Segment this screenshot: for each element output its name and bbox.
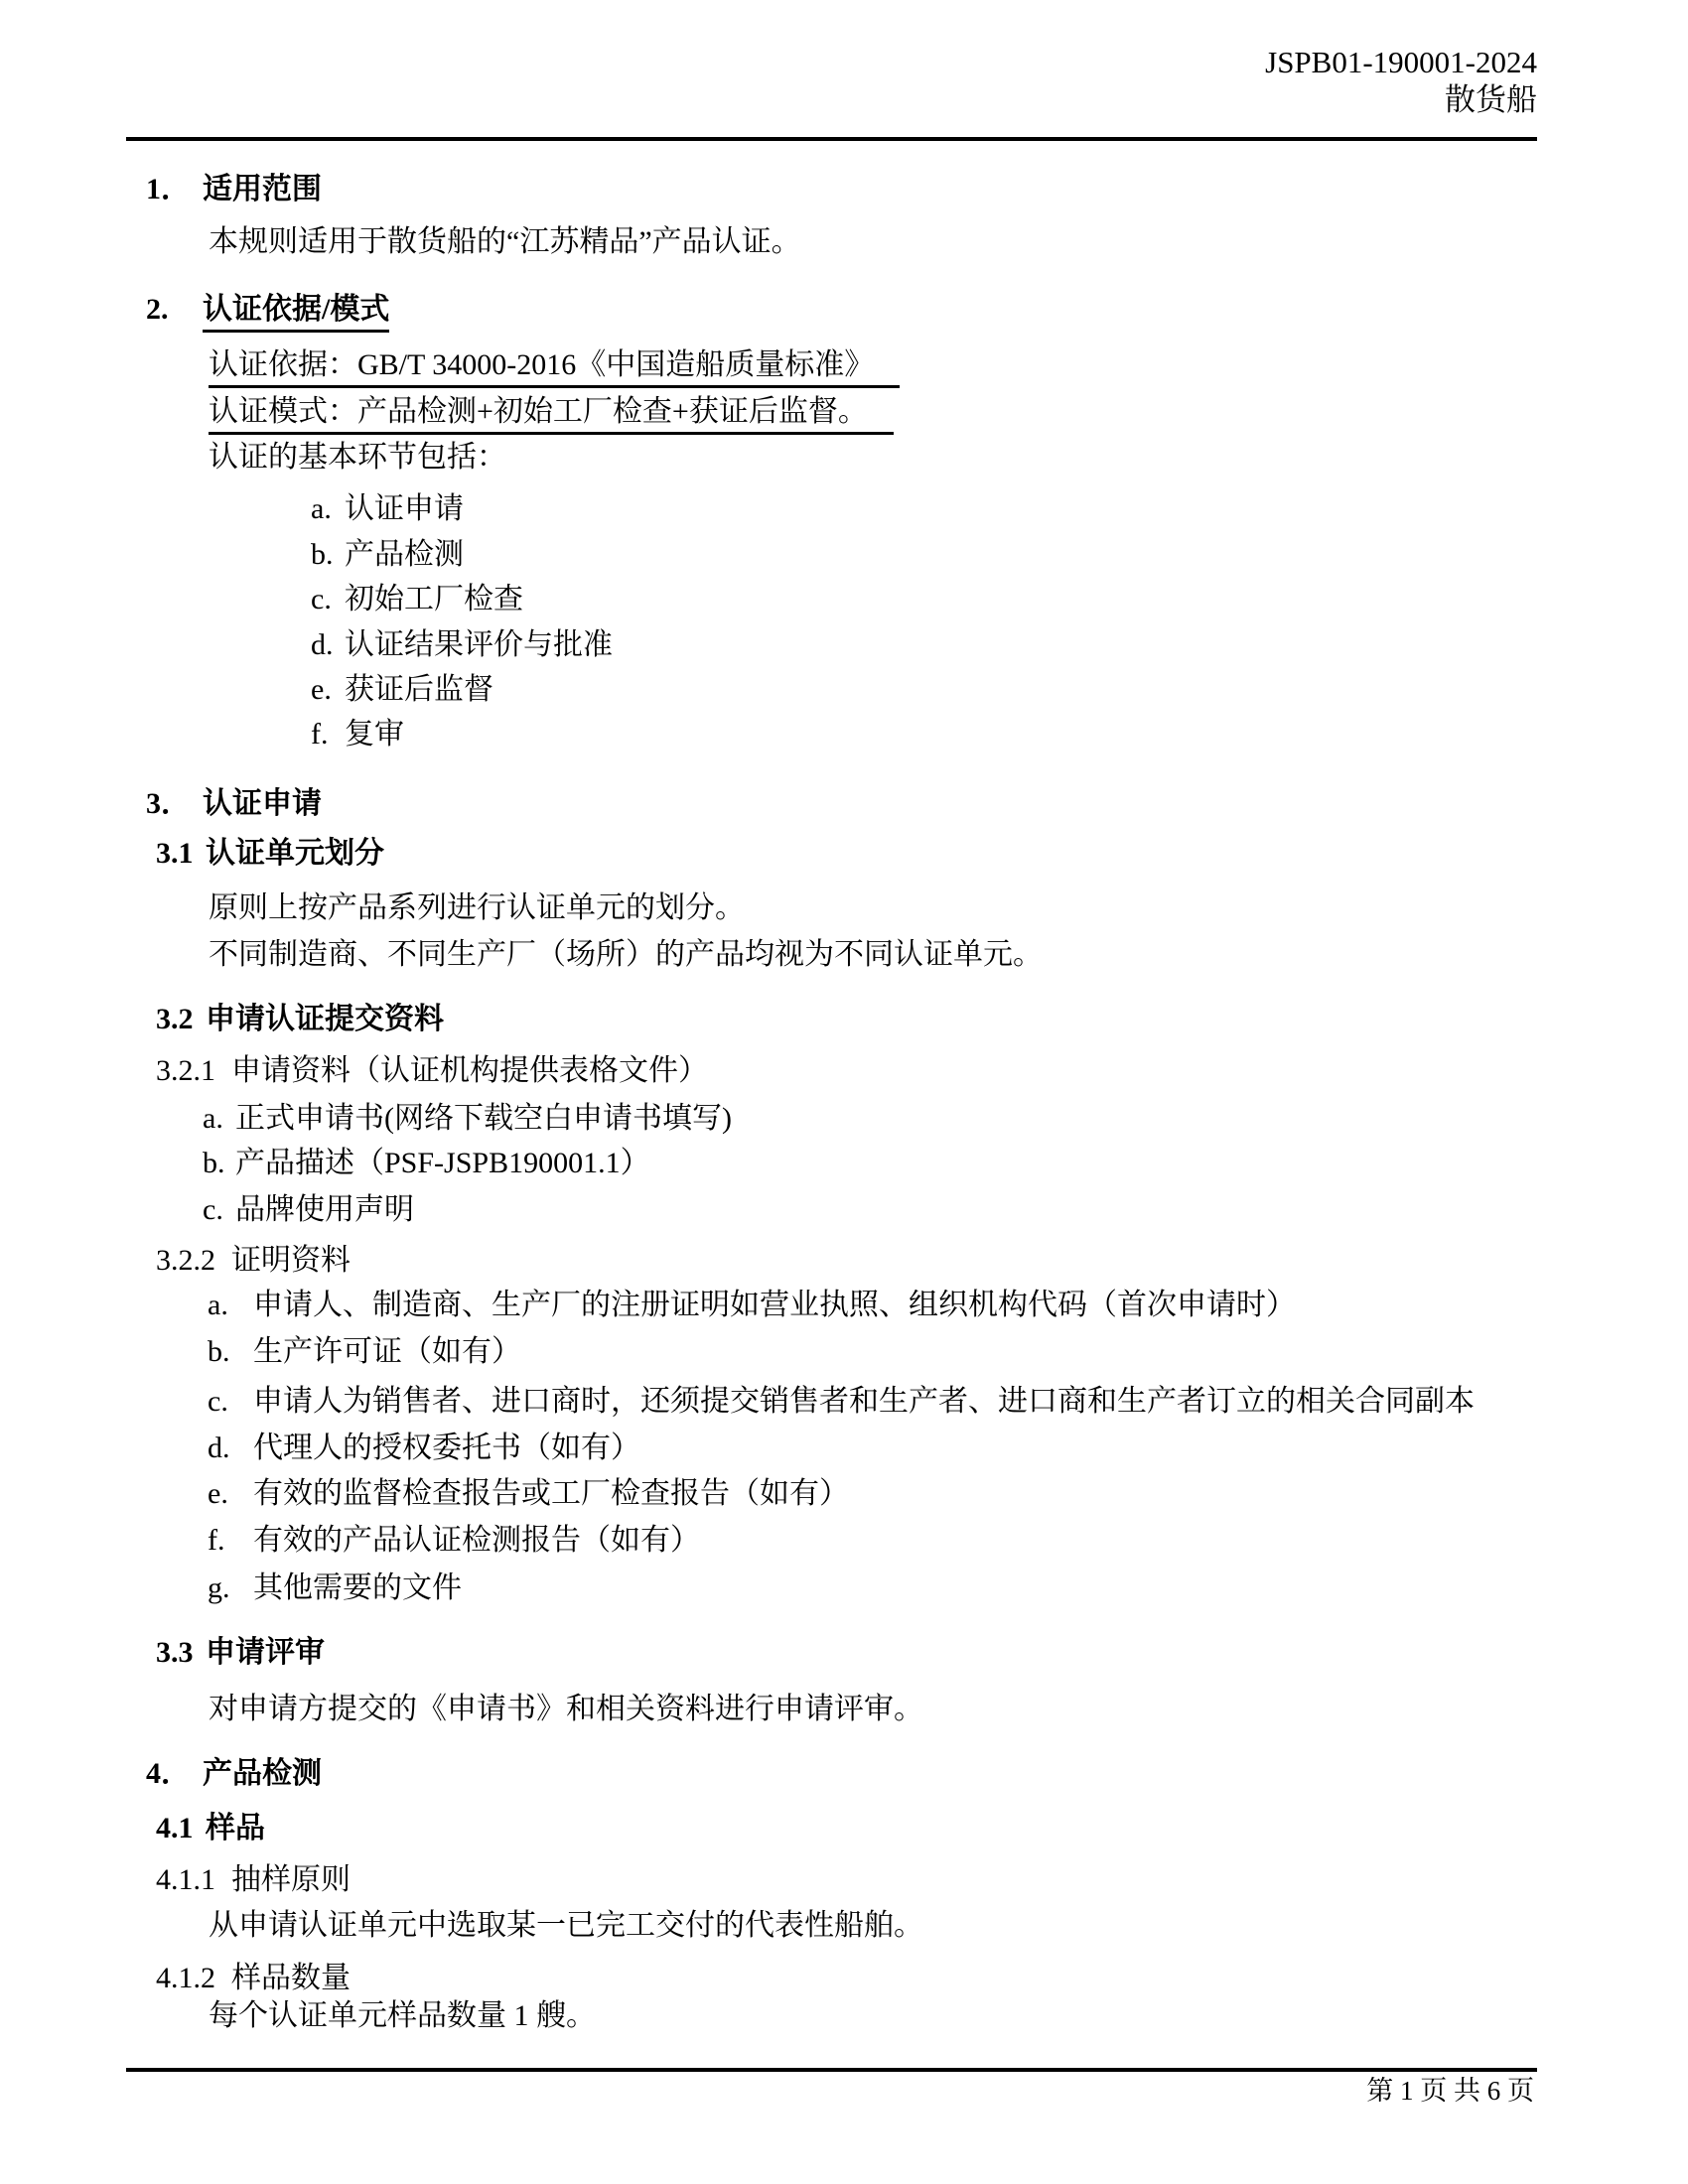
certification-mode-line: 认证模式：产品检测+初始工厂检查+获证后监督。 [209,395,894,430]
section-1-title: 适用范围 [203,173,322,205]
section-4-1-2-heading: 4.1.2样品数量 [156,1962,351,1996]
header-rule [126,137,1537,141]
list-item: a.申请人、制造商、生产厂的注册证明如营业执照、组织机构代码（首次申请时） [208,1289,1296,1323]
list-item: c.初始工厂检查 [311,583,523,617]
section-4-number: 4． [146,1757,203,1792]
list-item: a.认证申请 [311,492,464,527]
list-item: b.生产许可证（如有） [208,1335,521,1370]
section-3-1-heading: 3.1认证单元划分 [156,837,384,872]
section-1-paragraph: 本规则适用于散货船的“江苏精品”产品认证。 [209,225,801,260]
footer-page-number: 第 1 页 共 6 页 [1366,2077,1534,2107]
list-item: b.产品描述（PSF-JSPB190001.1） [203,1147,650,1181]
list-item: e.有效的监督检查报告或工厂检查报告（如有） [208,1477,849,1512]
section-4-1-1-heading: 4.1.1抽样原则 [156,1863,351,1898]
section-3-1-paragraph-2: 不同制造商、不同生产厂（场所）的产品均视为不同认证单元。 [209,938,1043,973]
list-item: f.有效的产品认证检测报告（如有） [208,1524,700,1559]
section-3-heading: 3．认证申请 [146,787,322,822]
list-item: c.申请人为销售者、进口商时，还须提交销售者和生产者、进口商和生产者订立的相关合… [208,1385,1475,1420]
certification-basis-line: 认证依据：GB/T 34000-2016《中国造船质量标准》 [209,348,900,383]
section-1-number: 1． [146,173,203,207]
section-4-title: 产品检测 [203,1757,322,1790]
section-2-heading: 2.认证依据/模式 [146,293,389,328]
section-1-heading: 1．适用范围 [146,173,322,207]
section-4-1-2-paragraph: 每个认证单元样品数量 1 艘。 [209,1999,596,2034]
section-4-heading: 4．产品检测 [146,1757,322,1792]
section-2-number: 2. [146,293,203,328]
list-item: a.正式申请书(网络下载空白申请书填写) [203,1102,732,1137]
section-3-1-paragraph-1: 原则上按产品系列进行认证单元的划分。 [209,891,745,926]
footer-rule [126,2068,1537,2072]
list-item: d.认证结果评价与批准 [311,628,613,663]
section-3-2-2-heading: 3.2.2证明资料 [156,1244,351,1279]
list-item: b.产品检测 [311,538,464,573]
section-3-title: 认证申请 [203,787,322,820]
section-4-1-1-paragraph: 从申请认证单元中选取某一已完工交付的代表性船舶。 [209,1909,923,1944]
header-product-name: 散货船 [1445,83,1537,117]
basic-steps-intro: 认证的基本环节包括： [209,441,506,476]
section-3-2-heading: 3.2申请认证提交资料 [156,1003,444,1037]
list-item: c.品牌使用声明 [203,1193,414,1228]
list-item: e.获证后监督 [311,673,493,708]
section-3-number: 3． [146,787,203,822]
header-doc-code: JSPB01-190001-2024 [1265,46,1537,79]
section-3-2-1-heading: 3.2.1申请资料（认证机构提供表格文件） [156,1054,708,1089]
list-item: f.复审 [311,718,404,752]
section-3-3-paragraph: 对申请方提交的《申请书》和相关资料进行申请评审。 [209,1693,923,1727]
document-page: JSPB01-190001-2024 散货船 1．适用范围 本规则适用于散货船的… [0,0,1688,2184]
section-2-title: 认证依据/模式 [203,293,389,333]
section-3-3-heading: 3.3申请评审 [156,1636,325,1671]
list-item: d.代理人的授权委托书（如有） [208,1432,640,1466]
list-item: g.其他需要的文件 [208,1571,462,1606]
section-4-1-heading: 4.1样品 [156,1812,265,1846]
